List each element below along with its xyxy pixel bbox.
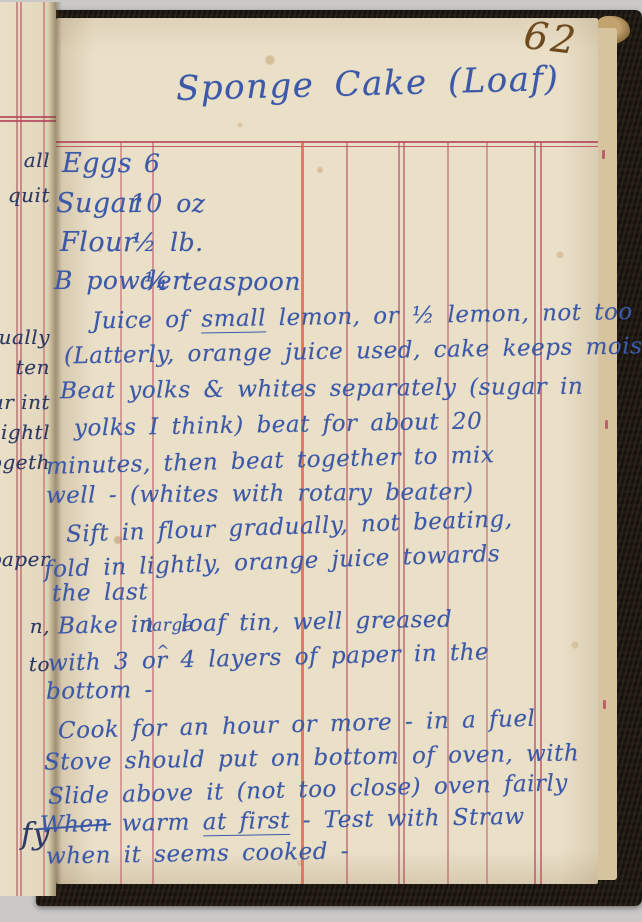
left-page-fragment: ten — [16, 355, 50, 379]
ingredient-quantity: 10 oz — [130, 189, 205, 218]
left-page-fragment: is quit — [0, 183, 50, 207]
recipe-line: when it seems cooked - — [46, 838, 349, 869]
edge-red-mark — [602, 150, 605, 159]
ingredient-name: Eggs — [62, 148, 132, 179]
left-page-fragment: to — [29, 652, 50, 676]
recipe-line: well - (whites with rotary beater) — [46, 479, 474, 509]
ledger-rule-horizontal — [56, 141, 598, 143]
ingredient-row: Sugar 10 oz — [56, 188, 141, 219]
ingredient-row: Eggs 6 — [62, 148, 132, 179]
ingredient-row: B powder ¼ teaspoon — [54, 266, 185, 295]
left-page-fragment: all — [24, 148, 50, 172]
ledger-rule-vertical — [16, 2, 18, 896]
recipe-line: the last — [52, 579, 149, 607]
ledger-rule-horizontal — [56, 146, 598, 148]
left-page-fragment: g togeth — [0, 450, 50, 474]
left-page-fragment: paper — [0, 547, 50, 571]
recipe-line: bottom - — [46, 677, 153, 705]
edge-red-mark — [605, 420, 608, 429]
ingredient-row: Flour ½ lb. — [60, 227, 136, 258]
edge-red-mark — [603, 700, 606, 709]
ingredient-quantity: ½ lb. — [132, 228, 204, 257]
left-page-fragment: adually — [0, 325, 50, 349]
left-page-fragment: slightl — [0, 420, 50, 444]
ingredient-name: Flour — [60, 227, 136, 258]
page-fore-edge — [596, 28, 617, 880]
page-number: 62 — [522, 13, 581, 63]
ledger-rule-vertical — [20, 2, 22, 896]
notebook-photo: all is quit adually ten our int slightl … — [0, 0, 642, 922]
left-page-fragment: n, — [30, 614, 50, 638]
ingredient-quantity: ¼ teaspoon — [144, 267, 301, 296]
ingredient-name: Sugar — [56, 188, 141, 219]
recipe-line: Beat yolks & whites separately (sugar in — [60, 374, 583, 405]
left-page-fragment: our int — [0, 390, 50, 414]
ingredient-quantity: 6 — [144, 149, 160, 178]
